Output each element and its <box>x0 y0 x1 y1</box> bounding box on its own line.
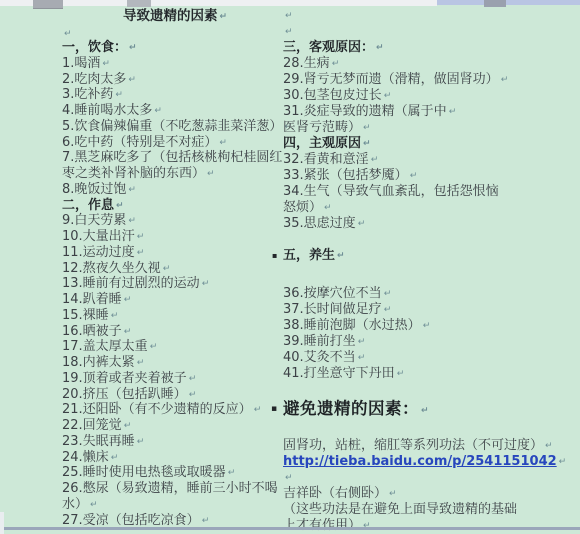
paragraph-mark-icon: ↵ <box>189 374 197 384</box>
paragraph-mark-icon: ↵ <box>219 12 227 22</box>
text-line: 上才有作用）↵ <box>283 518 577 534</box>
text-line: （这些功法是在避免上面导致遗精的基础 <box>283 502 577 518</box>
section-heading: ▪五，养生↵ <box>283 248 577 264</box>
paragraph-mark-icon: ↵ <box>137 248 145 258</box>
paragraph-mark-icon: ↵ <box>371 155 379 165</box>
line-text: 33.紧张（包括梦魇） <box>283 168 408 183</box>
paragraph-mark-icon: ↵ <box>337 251 345 261</box>
left-column: 一，饮食：↵1.喝酒↵2.吃肉太多↵3.吃补药↵4.睡前喝水太多↵5.饮食偏辣偏… <box>62 40 288 528</box>
line-text: 1.喝酒 <box>62 56 100 71</box>
line-text: 30.包茎包皮过长 <box>283 88 382 103</box>
line-text: 3.吃补药 <box>62 87 113 102</box>
paragraph-mark-icon: ↵ <box>219 138 227 148</box>
paragraph-mark-icon: ↵ <box>207 169 215 179</box>
big-section-title: ▪避免遗精的因素：↵ <box>283 398 577 420</box>
text-line: 1.喝酒↵ <box>62 56 288 72</box>
line-text: 35.思虑过度 <box>283 216 356 231</box>
line-text: 25.睡时使用电热毯或取暖器 <box>62 465 226 480</box>
page-title: 导致遗精的因素↵ <box>62 8 288 24</box>
paragraph-mark-icon: ↵ <box>150 342 158 352</box>
paragraph-mark-icon: ↵ <box>449 107 457 117</box>
window-edge-artifact-left <box>0 0 437 6</box>
paragraph-mark-icon: ↵ <box>358 337 366 347</box>
text-line: 21.还阳卧（有不少遗精的反应）↵ <box>62 402 288 418</box>
line-text: 6.吃中药（特别是不对症） <box>62 135 217 150</box>
line-text: 医肾亏范畴） <box>283 120 361 135</box>
text-line: 35.思虑过度↵ <box>283 216 577 232</box>
line-text: 15.裸睡 <box>62 308 109 323</box>
text-line: 4.睡前喝水太多↵ <box>62 103 288 119</box>
text-line: 18.内裤太紧↵ <box>62 355 288 371</box>
line-text: 17.盖太厚太重 <box>62 339 148 354</box>
line-text: 三，客观原因： <box>283 40 374 55</box>
link-line: http://tieba.baidu.com/p/2541151042↵ <box>283 454 577 470</box>
paragraph-mark-icon: ↵ <box>111 311 119 321</box>
text-line: 22.回笼觉↵ <box>62 418 288 434</box>
empty-line: ↵ <box>62 24 72 40</box>
list-bullet-icon: ▪ <box>271 398 278 420</box>
window-edge-tab-icon <box>33 0 63 9</box>
text-line: 固肾功，站桩，缩肛等系列功法（不可过度）↵ <box>283 438 577 454</box>
list-bullet-icon: ▪ <box>272 248 277 264</box>
paragraph-mark-icon: ↵ <box>102 59 110 69</box>
text-line: 医肾亏范畴）↵ <box>283 120 577 136</box>
paragraph-mark-icon: ↵ <box>358 353 366 363</box>
line-text: 36.按摩穴位不当 <box>283 286 382 301</box>
line-text: 16.晒被子 <box>62 324 122 339</box>
line-text: 41.打坐意守下丹田 <box>283 366 395 381</box>
text-line: 20.挤压（包括趴睡）↵ <box>62 387 288 403</box>
line-text: 21.还阳卧（有不少遗精的反应） <box>62 402 252 417</box>
paragraph-mark-icon: ↵ <box>363 139 371 149</box>
paragraph-mark-icon: ↵ <box>128 185 136 195</box>
line-text: 枣之类补肾补脑的东西） <box>62 166 205 181</box>
text-line: 13.睡前有过剧烈的运动↵ <box>62 276 288 292</box>
line-text: 26.憋尿（易致遗精，睡前三小时不喝 <box>62 481 278 496</box>
empty-line: ↵ <box>283 8 577 24</box>
section-heading: 一，饮食：↵ <box>62 40 288 56</box>
text-line: 10.大量出汗↵ <box>62 229 288 245</box>
section-heading: 四，主观原因↵ <box>283 136 577 152</box>
paragraph-mark-icon: ↵ <box>384 289 392 299</box>
paragraph-mark-icon: ↵ <box>397 369 405 379</box>
line-text: 19.顶着或者夹着被子 <box>62 371 187 386</box>
line-text: 11.运动过度 <box>62 245 135 260</box>
line-text: 5.饮食偏辣偏重（不吃葱蒜韭菜洋葱） <box>62 119 282 134</box>
window-edge-tab-icon <box>127 0 151 7</box>
line-text: 4.睡前喝水太多 <box>62 103 152 118</box>
text-line: 40.艾灸不当↵ <box>283 350 577 366</box>
text-line: 24.懒床↵ <box>62 450 288 466</box>
bottom-border-line <box>0 527 580 530</box>
paragraph-mark-icon: ↵ <box>202 279 210 289</box>
text-line: 28.生病↵ <box>283 56 577 72</box>
paragraph-mark-icon: ↵ <box>163 264 171 274</box>
tieba-url-link[interactable]: http://tieba.baidu.com/p/2541151042 <box>283 454 557 469</box>
text-line: 3.吃补药↵ <box>62 87 288 103</box>
text-line: 16.晒被子↵ <box>62 324 288 340</box>
paragraph-mark-icon: ↵ <box>115 90 123 100</box>
line-text: 吉祥卧（右侧卧） <box>283 486 387 501</box>
window-edge-tab-icon <box>484 0 506 7</box>
text-line: 39.睡前打坐↵ <box>283 334 577 350</box>
line-text: 避免遗精的因素： <box>283 399 419 418</box>
line-text: 14.趴着睡 <box>62 292 122 307</box>
line-text: 2.吃肉太多 <box>62 72 126 87</box>
section-heading: 二，作息↵ <box>62 198 288 214</box>
text-line: 25.睡时使用电热毯或取暖器↵ <box>62 465 288 481</box>
paragraph-mark-icon: ↵ <box>376 43 384 53</box>
paragraph-mark-icon: ↵ <box>124 421 132 431</box>
text-line: 30.包茎包皮过长↵ <box>283 88 577 104</box>
section-heading: 三，客观原因：↵ <box>283 40 577 56</box>
line-text: 四，主观原因 <box>283 136 361 151</box>
paragraph-mark-icon: ↵ <box>285 27 293 37</box>
text-line: 8.晚饭过饱↵ <box>62 182 288 198</box>
paragraph-mark-icon: ↵ <box>501 75 509 85</box>
text-line: 38.睡前泡脚（水过热）↵ <box>283 318 577 334</box>
paragraph-mark-icon: ↵ <box>559 457 567 467</box>
empty-line: ↵ <box>283 24 577 40</box>
document-page: 导致遗精的因素↵ ↵ 一，饮食：↵1.喝酒↵2.吃肉太多↵3.吃补药↵4.睡前喝… <box>0 0 580 534</box>
text-line: 32.看黄和意淫↵ <box>283 152 577 168</box>
paragraph-mark-icon: ↵ <box>111 453 119 463</box>
line-text: 7.黑芝麻吃多了（包括核桃枸杞桂圆红 <box>62 150 282 165</box>
line-text: 37.长时间做足疗 <box>283 302 382 317</box>
line-text: 一，饮食： <box>62 40 127 55</box>
text-line: 34.生气（导致气血紊乱，包括怨恨恼 <box>283 184 577 200</box>
line-text: 五，养生 <box>283 248 335 263</box>
window-edge-artifact-corner <box>0 512 4 534</box>
paragraph-mark-icon: ↵ <box>363 123 371 133</box>
paragraph-mark-icon: ↵ <box>202 516 210 526</box>
paragraph-mark-icon: ↵ <box>545 441 553 451</box>
line-text: 10.大量出汗 <box>62 229 135 244</box>
text-line: 41.打坐意守下丹田↵ <box>283 366 577 382</box>
paragraph-mark-icon: ↵ <box>189 390 197 400</box>
line-text: 23.失眠再睡 <box>62 434 135 449</box>
text-line: 31.炎症导致的遗精（属于中↵ <box>283 104 577 120</box>
text-line: 26.憋尿（易致遗精，睡前三小时不喝 <box>62 481 288 497</box>
text-line: 6.吃中药（特别是不对症）↵ <box>62 135 288 151</box>
line-text: 9.白天劳累 <box>62 213 126 228</box>
text-line: 17.盖太厚太重↵ <box>62 339 288 355</box>
text-line: 怒烦）↵ <box>283 200 577 216</box>
text-line: 14.趴着睡↵ <box>62 292 288 308</box>
paragraph-mark-icon: ↵ <box>124 295 132 305</box>
right-column: ↵↵三，客观原因：↵28.生病↵29.肾亏无梦而遗（滑精，做固肾功）↵30.包茎… <box>283 8 577 534</box>
paragraph-mark-icon: ↵ <box>90 500 98 510</box>
line-text: 40.艾灸不当 <box>283 350 356 365</box>
line-text: 8.晚饭过饱 <box>62 182 126 197</box>
line-text: 13.睡前有过剧烈的运动 <box>62 276 200 291</box>
text-line: 9.白天劳累↵ <box>62 213 288 229</box>
line-text: 24.懒床 <box>62 450 109 465</box>
text-line: 吉祥卧（右侧卧）↵ <box>283 486 577 502</box>
text-line: 19.顶着或者夹着被子↵ <box>62 371 288 387</box>
paragraph-mark-icon: ↵ <box>137 358 145 368</box>
text-line: 水）↵ <box>62 497 288 513</box>
paragraph-mark-icon: ↵ <box>129 43 137 53</box>
paragraph-mark-icon: ↵ <box>128 75 136 85</box>
line-text: 18.内裤太紧 <box>62 355 135 370</box>
paragraph-mark-icon: ↵ <box>285 11 293 21</box>
text-line: 5.饮食偏辣偏重（不吃葱蒜韭菜洋葱）↵ <box>62 119 288 135</box>
line-text: 二，作息 <box>62 198 114 213</box>
window-edge-artifact-right <box>437 0 580 5</box>
paragraph-mark-icon: ↵ <box>358 219 366 229</box>
line-text: 27.受凉（包括吃凉食） <box>62 513 200 528</box>
line-text: 20.挤压（包括趴睡） <box>62 387 187 402</box>
paragraph-mark-icon: ↵ <box>154 106 162 116</box>
line-text: （这些功法是在避免上面导致遗精的基础 <box>283 502 517 517</box>
text-line: 11.运动过度↵ <box>62 245 288 261</box>
line-text: 12.熬夜久坐久视 <box>62 261 161 276</box>
paragraph-mark-icon: ↵ <box>324 203 332 213</box>
line-text: 39.睡前打坐 <box>283 334 356 349</box>
line-text: 水） <box>62 497 88 512</box>
line-text: 固肾功，站桩，缩肛等系列功法（不可过度） <box>283 438 543 453</box>
paragraph-mark-icon: ↵ <box>128 216 136 226</box>
paragraph-mark-icon: ↵ <box>285 473 293 483</box>
line-text: 29.肾亏无梦而遗（滑精，做固肾功） <box>283 72 499 87</box>
text-line: 37.长时间做足疗↵ <box>283 302 577 318</box>
text-line: 33.紧张（包括梦魇）↵ <box>283 168 577 184</box>
page-title-text: 导致遗精的因素 <box>123 8 218 24</box>
text-line: 12.熬夜久坐久视↵ <box>62 261 288 277</box>
paragraph-mark-icon: ↵ <box>384 91 392 101</box>
line-text: 32.看黄和意淫 <box>283 152 369 167</box>
line-text: 上才有作用） <box>283 518 361 533</box>
paragraph-mark-icon: ↵ <box>64 29 72 39</box>
paragraph-mark-icon: ↵ <box>410 171 418 181</box>
text-line: 29.肾亏无梦而遗（滑精，做固肾功）↵ <box>283 72 577 88</box>
text-line: 枣之类补肾补脑的东西）↵ <box>62 166 288 182</box>
paragraph-mark-icon: ↵ <box>124 327 132 337</box>
paragraph-mark-icon: ↵ <box>332 59 340 69</box>
line-text: 怒烦） <box>283 200 322 215</box>
paragraph-mark-icon: ↵ <box>423 321 431 331</box>
paragraph-mark-icon: ↵ <box>254 405 262 415</box>
text-line: 2.吃肉太多↵ <box>62 72 288 88</box>
paragraph-mark-icon: ↵ <box>137 232 145 242</box>
paragraph-mark-icon: ↵ <box>116 201 124 211</box>
empty-line: ↵ <box>283 470 577 486</box>
line-text: 22.回笼觉 <box>62 418 122 433</box>
paragraph-mark-icon: ↵ <box>137 437 145 447</box>
line-text: 38.睡前泡脚（水过热） <box>283 318 421 333</box>
text-line: 7.黑芝麻吃多了（包括核桃枸杞桂圆红 <box>62 150 288 166</box>
text-line: 15.裸睡↵ <box>62 308 288 324</box>
paragraph-mark-icon: ↵ <box>389 489 397 499</box>
paragraph-mark-icon: ↵ <box>384 305 392 315</box>
text-line: 27.受凉（包括吃凉食）↵ <box>62 513 288 529</box>
text-line: 23.失眠再睡↵ <box>62 434 288 450</box>
line-text: 31.炎症导致的遗精（属于中 <box>283 104 447 119</box>
paragraph-mark-icon: ↵ <box>421 406 429 416</box>
line-text: 28.生病 <box>283 56 330 71</box>
text-line: 36.按摩穴位不当↵ <box>283 286 577 302</box>
paragraph-mark-icon: ↵ <box>228 468 236 478</box>
line-text: 34.生气（导致气血紊乱，包括怨恨恼 <box>283 184 499 199</box>
